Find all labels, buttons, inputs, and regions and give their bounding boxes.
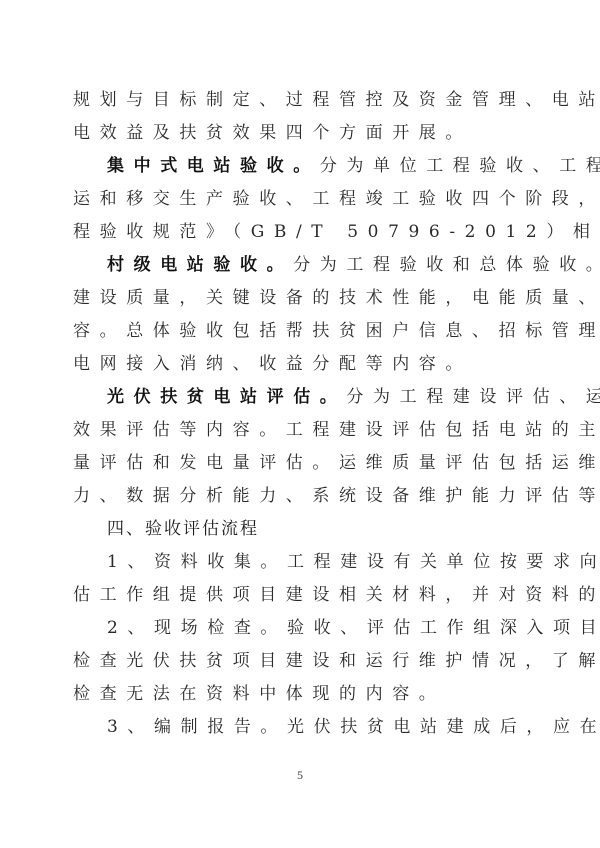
step-line: 检查光伏扶贫项目建设和运行维护情况，了解收益分配情况，重点 <box>73 645 531 678</box>
step-line: 1、资料收集。工程建设有关单位按要求向光伏扶贫验收、评 <box>73 546 531 579</box>
paragraph-line: 程验收规范》（GB/T 50796-2012）相关要求。 <box>73 216 531 249</box>
paragraph-line: 量评估和发电量评估。运维质量评估包括运维单位的运维管控能 <box>73 447 531 480</box>
bold-lead-centralized: 集中式电站验收。 <box>107 156 320 176</box>
section-heading: 四、验收评估流程 <box>73 513 531 546</box>
paragraph-line: 容。总体验收包括帮扶贫困户信息、招标管理、扶贫任务资金投入、 <box>73 315 531 348</box>
bold-lead-village: 村级电站验收。 <box>107 255 293 275</box>
paragraph-line: 建设质量，关键设备的技术性能，电能质量、保护、信息通信等内 <box>73 282 531 315</box>
page-number: 5 <box>0 768 600 783</box>
paragraph-line: 运和移交生产验收、工程竣工验收四个阶段，并符合《光伏发电工 <box>73 183 531 216</box>
document-body: 规划与目标制定、过程管控及资金管理、电站建设及运行维护、发 电效益及扶贫效果四个… <box>73 84 531 744</box>
paragraph-line: 力、数据分析能力、系统设备维护能力评估等。 <box>73 480 531 513</box>
paragraph-line: 电效益及扶贫效果四个方面开展。 <box>73 117 531 150</box>
paragraph-line: 光伏扶贫电站评估。分为工程建设评估、运维质量评估和扶贫 <box>73 381 531 414</box>
step-line: 3、编制报告。光伏扶贫电站建成后，应在 2 个月内完成验收； <box>73 711 531 744</box>
paragraph-line: 村级电站验收。分为工程验收和总体验收。工程验收包括电站 <box>73 249 531 282</box>
paragraph-line: 效果评估等内容。工程建设评估包括电站的主要设备评估、工程质 <box>73 414 531 447</box>
bold-lead-evaluation: 光伏扶贫电站评估。 <box>107 387 346 407</box>
paragraph-line: 规划与目标制定、过程管控及资金管理、电站建设及运行维护、发 <box>73 84 531 117</box>
step-line: 估工作组提供项目建设相关材料，并对资料的真实性负责。 <box>73 579 531 612</box>
step-line: 2、现场检查。验收、评估工作组深入项目现场、听取汇报、 <box>73 612 531 645</box>
paragraph-line: 集中式电站验收。分为单位工程验收、工程启动验收、工程试 <box>73 150 531 183</box>
paragraph-line: 电网接入消纳、收益分配等内容。 <box>73 348 531 381</box>
step-line: 检查无法在资料中体现的内容。 <box>73 678 531 711</box>
